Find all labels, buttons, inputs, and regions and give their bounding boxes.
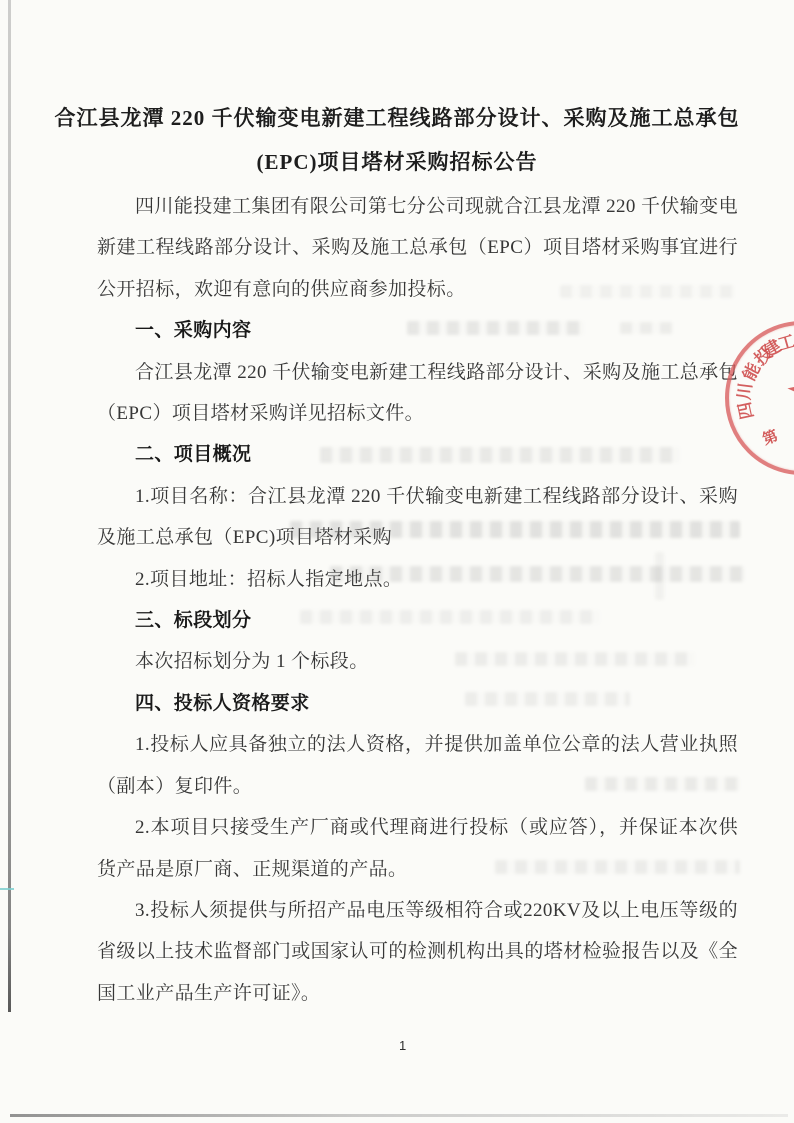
document-title: 合江县龙潭 220 千伏输变电新建工程线路部分设计、采购及施工总承包 (EPC)… bbox=[40, 96, 754, 184]
bleed-through-smudge bbox=[300, 610, 600, 624]
seal-arc-char: 投 bbox=[747, 340, 776, 370]
bleed-through-smudge bbox=[585, 777, 740, 791]
purchase-content-paragraph: 合江县龙潭 220 千伏输变电新建工程线路部分设计、采购及施工总承包（EPC）项… bbox=[97, 352, 738, 435]
scan-edge-bottom-line bbox=[10, 1114, 788, 1117]
document-title-line-2: (EPC)项目塔材采购招标公告 bbox=[40, 140, 754, 184]
bleed-through-smudge bbox=[290, 521, 740, 538]
seal-arc-char: 建 bbox=[757, 332, 784, 362]
seal-arc-char: 能 bbox=[735, 358, 765, 384]
qualification-item-2: 2.本项目只接受生产厂商或代理商进行投标（或应答），并保证本次供货产品是原厂商、… bbox=[97, 807, 738, 890]
document-title-line-1: 合江县龙潭 220 千伏输变电新建工程线路部分设计、采购及施工总承包 bbox=[40, 96, 754, 140]
bleed-through-smudge bbox=[560, 285, 735, 298]
bleed-through-smudge bbox=[495, 860, 740, 874]
bleed-through-smudge bbox=[465, 692, 630, 706]
page-number: 1 bbox=[399, 1038, 406, 1053]
bleed-through-smudge bbox=[407, 321, 584, 335]
red-star-icon: ★ bbox=[780, 359, 794, 422]
bleed-through-smudge bbox=[655, 552, 664, 600]
bleed-through-smudge bbox=[620, 322, 672, 334]
seal-arc-char: 工 bbox=[774, 327, 794, 356]
document-body: 四川能投建工集团有限公司第七分公司现就合江县龙潭 220 千伏输变电新建工程线路… bbox=[97, 186, 738, 1014]
qualification-item-3: 3.投标人须提供与所招产品电压等级相符合或220KV及以上电压等级的省级以上技术… bbox=[97, 890, 738, 1014]
scan-edge-left-line bbox=[8, 0, 11, 1012]
seal-branch-char: 第 bbox=[759, 425, 780, 450]
scan-mark-cyan-line bbox=[0, 888, 14, 890]
bleed-through-smudge bbox=[320, 447, 680, 463]
project-name-paragraph: 1.项目名称：合江县龙潭 220 千伏输变电新建工程线路部分设计、采购及施工总承… bbox=[97, 476, 738, 559]
qualification-item-1: 1.投标人应具备独立的法人资格，并提供加盖单位公章的法人营业执照（副本）复印件。 bbox=[97, 724, 738, 807]
section-heading-bidder-qualification: 四、投标人资格要求 bbox=[97, 683, 738, 724]
bleed-through-smudge bbox=[455, 652, 695, 666]
scanned-document-page: 合江县龙潭 220 千伏输变电新建工程线路部分设计、采购及施工总承包 (EPC)… bbox=[0, 0, 794, 1123]
bleed-through-smudge bbox=[330, 566, 745, 582]
